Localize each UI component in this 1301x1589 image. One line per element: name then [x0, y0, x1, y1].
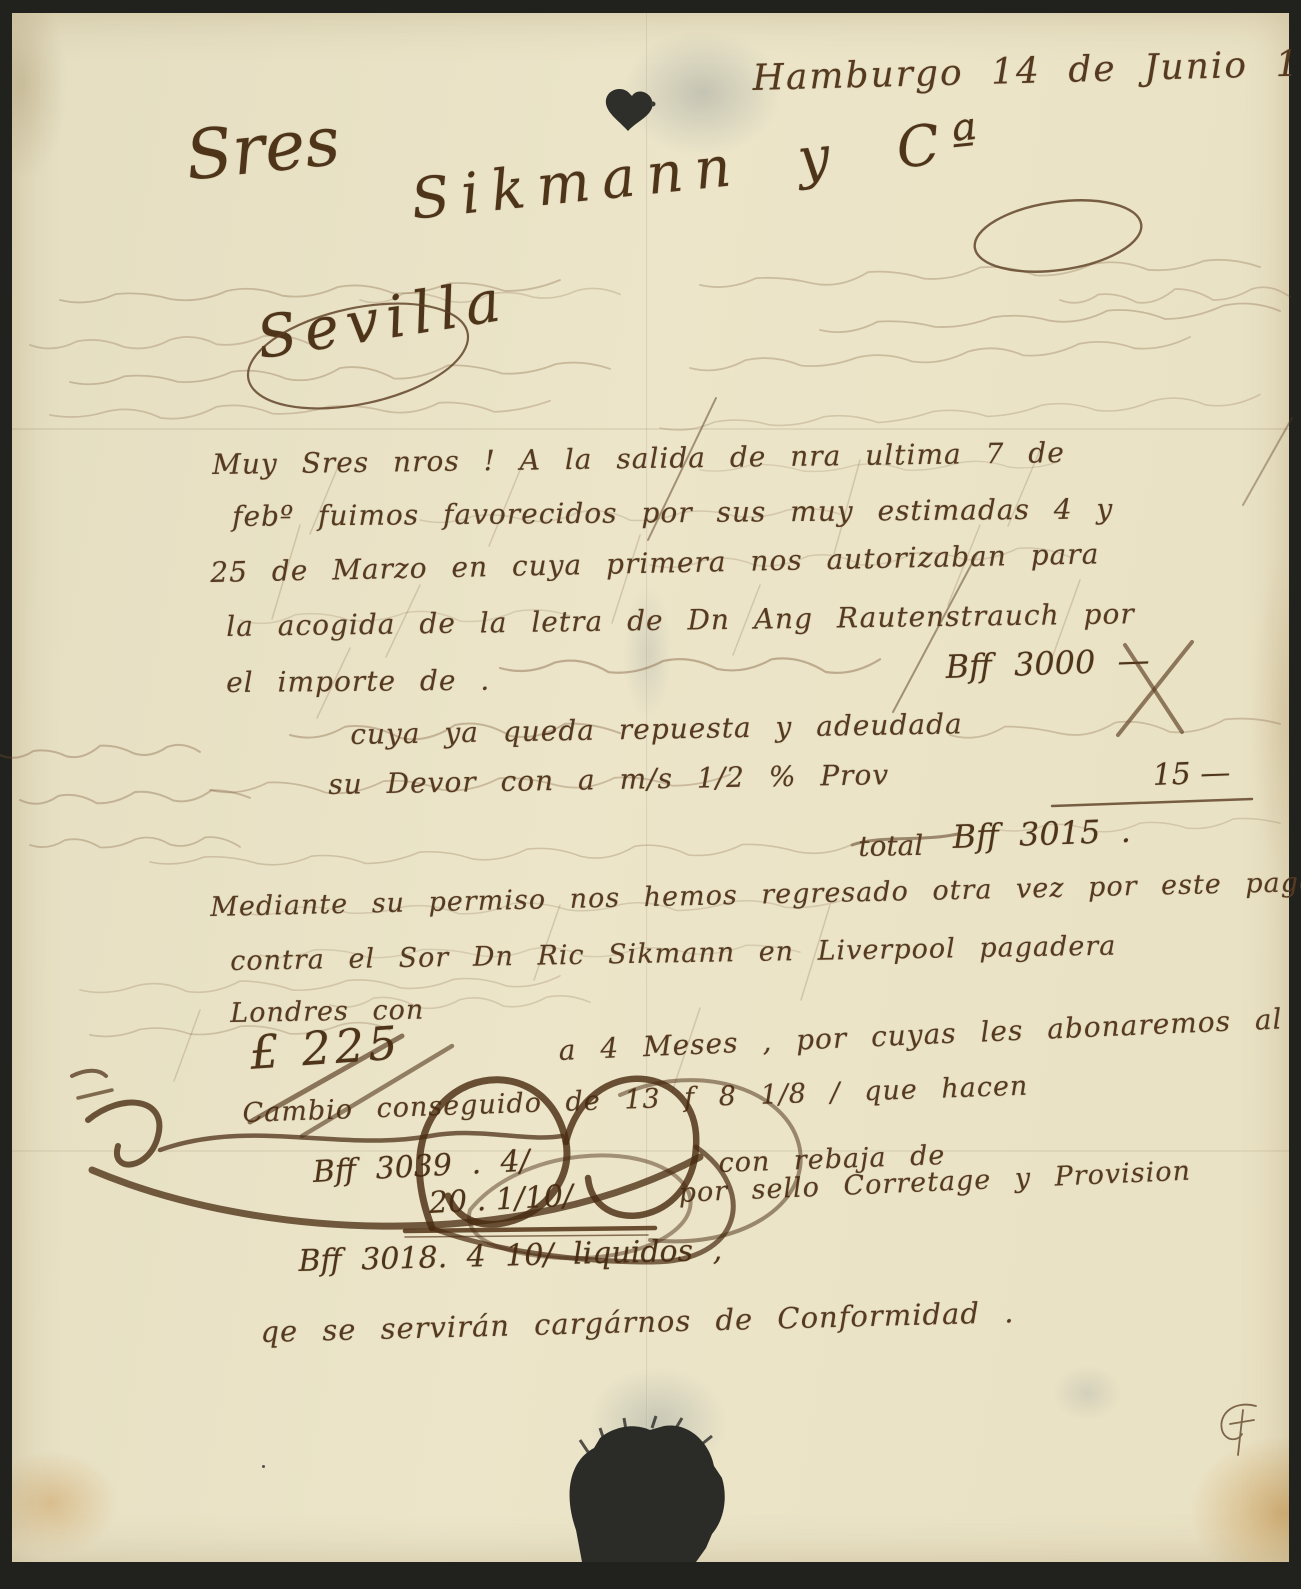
- horizontal-fold-crease: [12, 428, 1289, 430]
- amount-provision: 15 —: [1152, 755, 1231, 793]
- body-line-5: el importe de .: [226, 664, 490, 699]
- amount-draft: £ 225: [248, 1015, 403, 1079]
- horizontal-fold-crease-2: [12, 1150, 1289, 1152]
- letter-scan: Hamburgo 14 de Junio 1837 Sres Sikmann y…: [0, 0, 1301, 1589]
- paper-speck: [262, 1465, 265, 1468]
- amount-total: Bff 3015 .: [952, 812, 1131, 856]
- addressee-prefix: Sres: [182, 102, 344, 197]
- total-label: total: [858, 829, 924, 863]
- amount-importe: Bff 3000 —: [945, 641, 1150, 686]
